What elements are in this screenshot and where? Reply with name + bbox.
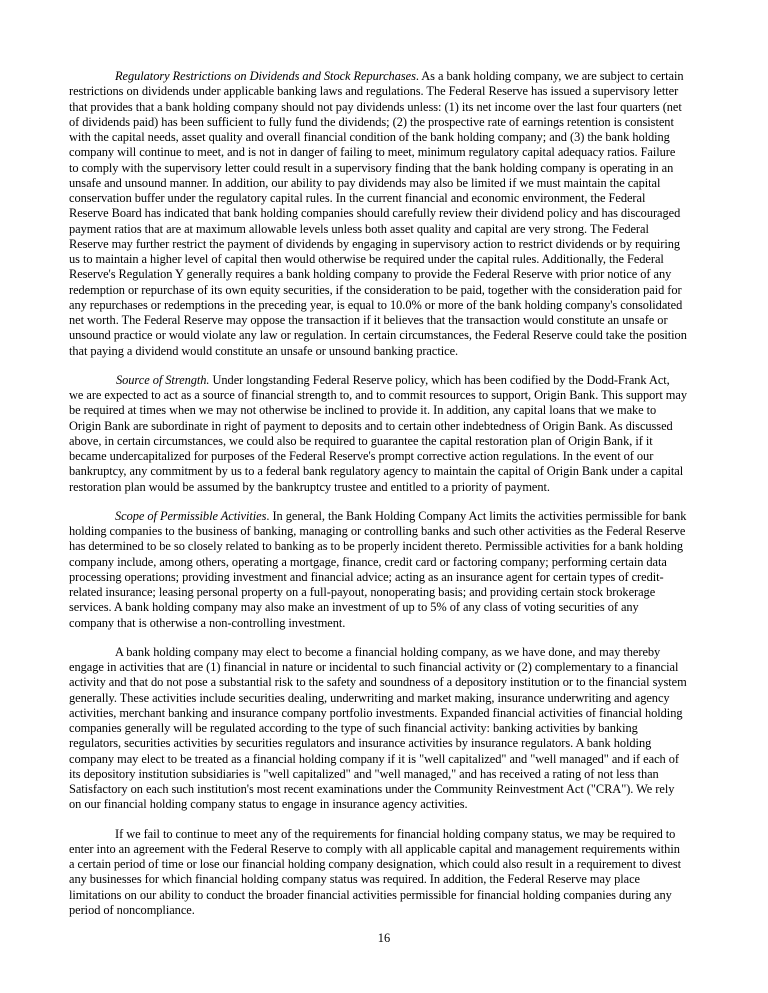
- text-line: that paying a dividend would constitute …: [69, 344, 729, 359]
- text-line: Reserve's Regulation Y generally require…: [69, 267, 729, 282]
- section-heading: Regulatory Restrictions on Dividends and…: [115, 69, 416, 83]
- paragraph-first-line: Source of Strength. Under longstanding F…: [69, 373, 729, 388]
- text-line: bankruptcy, any commitment by us to a fe…: [69, 464, 729, 479]
- section-heading: Scope of Permissible Activities: [115, 509, 266, 523]
- text-line: became undercapitalized for purposes of …: [69, 449, 729, 464]
- text-line: unsafe and unsound manner. In addition, …: [69, 176, 729, 191]
- paragraph-first-line: Scope of Permissible Activities. In gene…: [69, 509, 729, 524]
- text-line: company will continue to meet, and is no…: [69, 145, 729, 160]
- text-line: generally. These activities include secu…: [69, 691, 729, 706]
- first-line-text: In general, the Bank Holding Company Act…: [269, 509, 686, 523]
- paragraph-noncompliance: If we fail to continue to meet any of th…: [69, 827, 729, 919]
- text-line: us to maintain a higher level of capital…: [69, 252, 729, 267]
- text-line: of dividends paid) has been sufficient t…: [69, 115, 729, 130]
- text-line: a certain period of time or lose our fin…: [69, 857, 729, 872]
- text-line: Origin Bank are subordinate in right of …: [69, 419, 729, 434]
- text-line: we are expected to act as a source of fi…: [69, 388, 729, 403]
- text-line: activity and that do not pose a substant…: [69, 675, 729, 690]
- paragraph-source-of-strength: Source of Strength. Under longstanding F…: [69, 373, 729, 495]
- text-line: limitations on our ability to conduct th…: [69, 888, 729, 903]
- text-line: its depository institution subsidiaries …: [69, 767, 729, 782]
- text-line: holding companies to the business of ban…: [69, 524, 729, 539]
- paragraph-first-line: Regulatory Restrictions on Dividends and…: [69, 69, 729, 84]
- text-line: net worth. The Federal Reserve may oppos…: [69, 313, 729, 328]
- text-line: unsound practice or would violate any la…: [69, 328, 729, 343]
- text-line: company that is otherwise a non-controll…: [69, 616, 729, 631]
- text-line: company may elect to be treated as a fin…: [69, 752, 729, 767]
- text-line: any repurchases or redemptions in the pr…: [69, 298, 729, 313]
- text-line: to comply with the supervisory letter co…: [69, 161, 729, 176]
- text-line: redemption or repurchase of its own equi…: [69, 283, 729, 298]
- text-line: related insurance; leasing personal prop…: [69, 585, 729, 600]
- text-line: payment ratios that are at maximum allow…: [69, 222, 729, 237]
- text-line: that provides that a bank holding compan…: [69, 100, 729, 115]
- first-line-text: Under longstanding Federal Reserve polic…: [209, 373, 669, 387]
- text-line: company include, among others, operating…: [69, 555, 729, 570]
- text-line: Reserve may further restrict the payment…: [69, 237, 729, 252]
- text-line: processing operations; providing investm…: [69, 570, 729, 585]
- text-line: companies generally will be regulated ac…: [69, 721, 729, 736]
- text-line: on our financial holding company status …: [69, 797, 729, 812]
- paragraph-dividend-restrictions: Regulatory Restrictions on Dividends and…: [69, 69, 729, 359]
- text-line: be required at times when we may not oth…: [69, 403, 729, 418]
- section-heading: Source of Strength.: [116, 373, 209, 387]
- text-line: has determined to be so closely related …: [69, 539, 729, 554]
- text-line: Satisfactory on each such institution's …: [69, 782, 729, 797]
- text-line: restoration plan would be assumed by the…: [69, 480, 729, 495]
- paragraph-first-line: A bank holding company may elect to beco…: [69, 645, 729, 660]
- text-line: conservation buffer under the regulatory…: [69, 191, 729, 206]
- page-number: 16: [0, 931, 768, 946]
- text-line: engage in activities that are (1) financ…: [69, 660, 729, 675]
- paragraph-first-line: If we fail to continue to meet any of th…: [69, 827, 729, 842]
- paragraph-scope-of-activities: Scope of Permissible Activities. In gene…: [69, 509, 729, 631]
- text-line: Reserve Board has indicated that bank ho…: [69, 206, 729, 221]
- document-page: Regulatory Restrictions on Dividends and…: [69, 69, 729, 932]
- text-line: regulators, securities activities by sec…: [69, 736, 729, 751]
- text-line: above, in certain circumstances, we coul…: [69, 434, 729, 449]
- first-line-text: As a bank holding company, we are subjec…: [419, 69, 684, 83]
- text-line: enter into an agreement with the Federal…: [69, 842, 729, 857]
- text-line: period of noncompliance.: [69, 903, 729, 918]
- paragraph-financial-holding-company: A bank holding company may elect to beco…: [69, 645, 729, 813]
- text-line: any businesses for which financial holdi…: [69, 872, 729, 887]
- text-line: activities, merchant banking and insuran…: [69, 706, 729, 721]
- text-line: restrictions on dividends under applicab…: [69, 84, 729, 99]
- text-line: with the capital needs, asset quality an…: [69, 130, 729, 145]
- text-line: services. A bank holding company may als…: [69, 600, 729, 615]
